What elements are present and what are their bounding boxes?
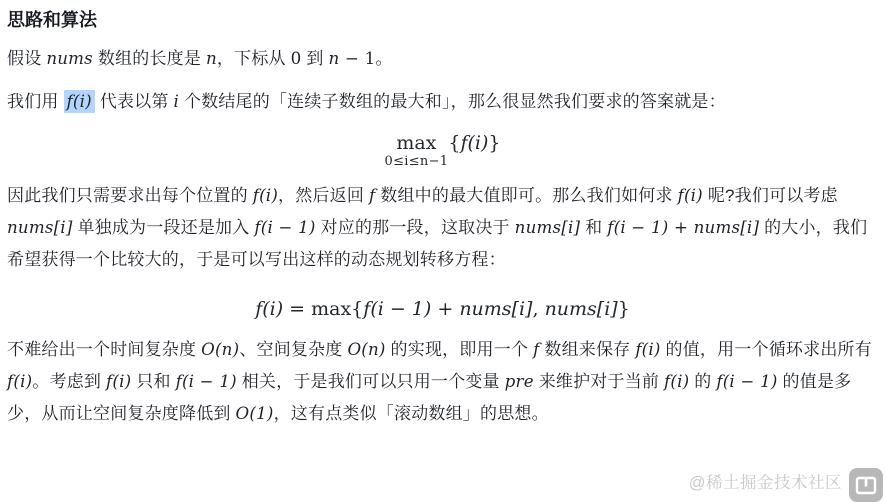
segment-m: nums[i] bbox=[7, 218, 73, 237]
segment-t: ，然后返回 bbox=[278, 186, 369, 205]
segment-m: f(i − 1) bbox=[254, 218, 315, 237]
segment-mn: } bbox=[618, 298, 630, 320]
segment-m: O(n) bbox=[347, 340, 385, 359]
segment-t: 代表以第 bbox=[95, 92, 174, 111]
segment-t: 、空间复杂度 bbox=[239, 340, 347, 359]
segment-t: 来维护对于当前 bbox=[534, 372, 664, 391]
segment-t: 。 bbox=[375, 49, 392, 68]
segment-t: 的 bbox=[689, 372, 716, 391]
segment-m: f(i − 1) bbox=[363, 298, 431, 320]
segment-m: f(i) bbox=[7, 372, 32, 391]
segment-t: 不难给出一个时间复杂度 bbox=[7, 340, 201, 359]
paragraph-complexity: 不难给出一个时间复杂度 O(n)、空间复杂度 O(n) 的实现，即用一个 f 数… bbox=[7, 334, 878, 430]
paragraph-definition: 我们用 f(i) 代表以第 i 个数结尾的「连续子数组的最大和」，那么很显然我们… bbox=[7, 86, 878, 118]
segment-mn: − 1 bbox=[339, 49, 375, 68]
segment-t: 数组的长度是 bbox=[93, 49, 206, 68]
formula-dp-transition: f(i) = max{f(i − 1) + nums[i], nums[i]} bbox=[7, 298, 878, 320]
segment-m: O(n) bbox=[201, 340, 239, 359]
segment-t: 和 bbox=[580, 218, 607, 237]
segment-t: 到 bbox=[301, 49, 328, 68]
segment-mn: { bbox=[448, 132, 460, 154]
segment-mn: , bbox=[532, 298, 544, 320]
segment-m: f(i) bbox=[106, 372, 131, 391]
segment-m: pre bbox=[505, 372, 534, 391]
article-page: 思路和算法 假设 nums 数组的长度是 n，下标从 0 到 n − 1。 我们… bbox=[0, 0, 886, 502]
segment-t: 相关，于是我们可以只用一个变量 bbox=[237, 372, 505, 391]
segment-hl: f(i) bbox=[64, 90, 95, 113]
segment-t: 。考虑到 bbox=[32, 372, 106, 391]
transition-formula-body: f(i) = max{f(i − 1) + nums[i], nums[i]} bbox=[255, 298, 630, 320]
segment-mn: + bbox=[431, 298, 459, 320]
juejin-community-logo-icon bbox=[849, 468, 883, 502]
segment-t: ，下标从 bbox=[217, 49, 291, 68]
max-operator-with-subscript: max 0≤i≤n−1 bbox=[385, 132, 449, 169]
segment-m: nums[i] bbox=[515, 218, 581, 237]
segment-t: 呢?我们可以考虑 bbox=[703, 186, 838, 205]
segment-m: f(i) bbox=[255, 298, 283, 320]
segment-m: n bbox=[329, 49, 340, 68]
segment-m: f(i − 1) + nums[i] bbox=[607, 218, 759, 237]
segment-t: 因此我们只需要求出每个位置的 bbox=[7, 186, 253, 205]
segment-mn: } bbox=[488, 132, 500, 154]
segment-mn: 0 bbox=[291, 49, 302, 68]
max-formula-body: {f(i)} bbox=[448, 132, 500, 154]
segment-m: nums bbox=[46, 49, 93, 68]
segment-t: 的值，用一个循环求出所有 bbox=[661, 340, 872, 359]
paragraph-derivation: 因此我们只需要求出每个位置的 f(i)，然后返回 f 数组中的最大值即可。那么我… bbox=[7, 180, 878, 276]
segment-t: 数组中的最大值即可。那么我们如何求 bbox=[375, 186, 677, 205]
segment-m: nums[i] bbox=[545, 298, 618, 320]
segment-m: f(i) bbox=[635, 340, 660, 359]
segment-t: ，这有点类似「滚动数组」的思想。 bbox=[274, 404, 549, 423]
segment-t: 只和 bbox=[131, 372, 175, 391]
segment-t: 假设 bbox=[7, 49, 46, 68]
segment-m: f(i) bbox=[460, 132, 488, 154]
segment-t: 个数结尾的「连续子数组的最大和」，那么很显然我们要求的答案就是： bbox=[179, 92, 726, 111]
segment-t: 的实现，即用一个 bbox=[386, 340, 533, 359]
formula-max-answer: max 0≤i≤n−1 {f(i)} bbox=[7, 132, 878, 169]
segment-t: 我们用 bbox=[7, 92, 64, 111]
segment-m: f(i) bbox=[678, 186, 703, 205]
segment-t: 数组来保存 bbox=[539, 340, 635, 359]
max-operator: max bbox=[396, 132, 436, 154]
segment-t: 对应的那一段，这取决于 bbox=[316, 218, 515, 237]
segment-t: 单独成为一段还是加入 bbox=[73, 218, 255, 237]
segment-m: n bbox=[206, 49, 217, 68]
segment-mn: = max{ bbox=[283, 298, 363, 320]
segment-m: O(1) bbox=[236, 404, 274, 423]
segment-m: f(i − 1) bbox=[716, 372, 777, 391]
section-title: 思路和算法 bbox=[7, 8, 878, 32]
segment-m: nums[i] bbox=[459, 298, 532, 320]
segment-m: f(i) bbox=[253, 186, 278, 205]
watermark-text: @稀土掘金技术社区 bbox=[689, 469, 842, 493]
paragraph-assumption: 假设 nums 数组的长度是 n，下标从 0 到 n − 1。 bbox=[7, 43, 878, 75]
segment-m: f(i) bbox=[664, 372, 689, 391]
max-subscript: 0≤i≤n−1 bbox=[385, 155, 449, 169]
segment-m: f(i − 1) bbox=[176, 372, 237, 391]
